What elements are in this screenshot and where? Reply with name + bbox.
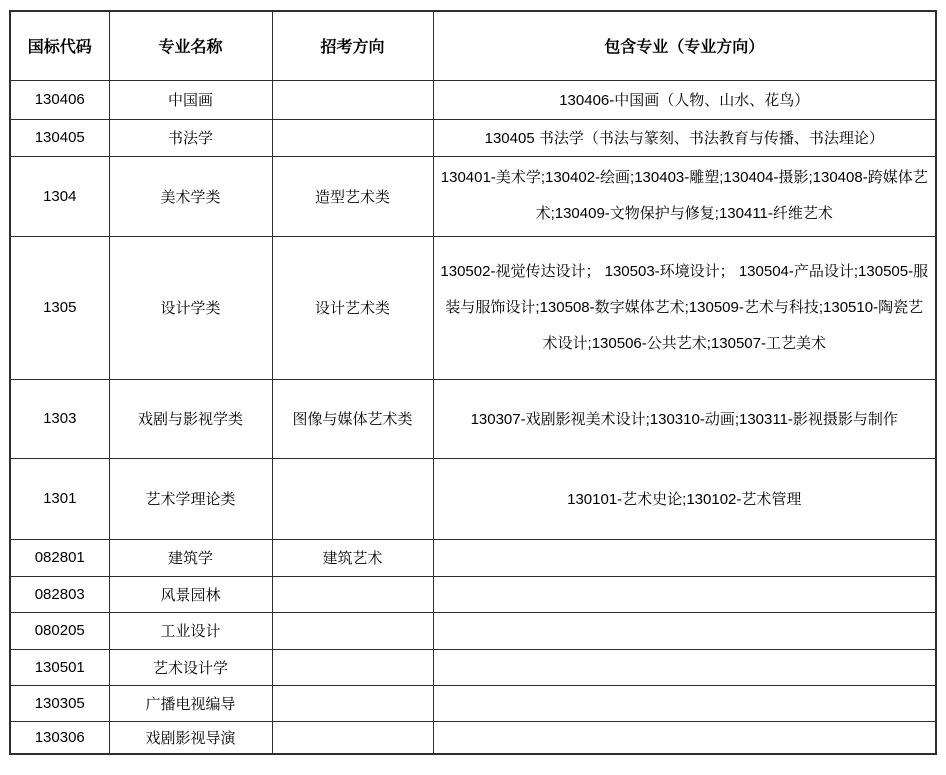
document-page: 国标代码 专业名称 招考方向 包含专业（专业方向） 130406 中国画 130… xyxy=(0,0,946,775)
cell-name: 工业设计 xyxy=(109,612,272,649)
cell-code: 082803 xyxy=(10,576,109,612)
majors-table: 国标代码 专业名称 招考方向 包含专业（专业方向） 130406 中国画 130… xyxy=(9,10,937,755)
header-cell-majors: 包含专业（专业方向） xyxy=(433,11,936,80)
cell-code: 130406 xyxy=(10,80,109,119)
cell-majors: 130502-视觉传达设计； 130503-环境设计； 130504-产品设计;… xyxy=(433,236,936,379)
cell-majors xyxy=(433,612,936,649)
cell-name: 广播电视编导 xyxy=(109,685,272,721)
cell-code: 080205 xyxy=(10,612,109,649)
cell-majors xyxy=(433,539,936,576)
cell-direction xyxy=(272,458,433,539)
cell-direction xyxy=(272,119,433,156)
table-row: 080205 工业设计 xyxy=(10,612,936,649)
cell-direction xyxy=(272,612,433,649)
cell-majors: 130101-艺术史论;130102-艺术管理 xyxy=(433,458,936,539)
cell-code: 130501 xyxy=(10,649,109,685)
cell-majors xyxy=(433,685,936,721)
table-row: 082803 风景园林 xyxy=(10,576,936,612)
table-row: 1305 设计学类 设计艺术类 130502-视觉传达设计； 130503-环境… xyxy=(10,236,936,379)
cell-direction xyxy=(272,721,433,754)
cell-code: 130405 xyxy=(10,119,109,156)
cell-name: 中国画 xyxy=(109,80,272,119)
cell-name: 美术学类 xyxy=(109,156,272,236)
cell-name: 戏剧影视导演 xyxy=(109,721,272,754)
table-row: 130306 戏剧影视导演 xyxy=(10,721,936,754)
cell-majors xyxy=(433,576,936,612)
cell-code: 130305 xyxy=(10,685,109,721)
cell-majors: 130405 书法学（书法与篆刻、书法教育与传播、书法理论） xyxy=(433,119,936,156)
cell-name: 艺术学理论类 xyxy=(109,458,272,539)
table-row: 1303 戏剧与影视学类 图像与媒体艺术类 130307-戏剧影视美术设计;13… xyxy=(10,379,936,458)
cell-direction: 造型艺术类 xyxy=(272,156,433,236)
table-row: 130406 中国画 130406-中国画（人物、山水、花鸟） xyxy=(10,80,936,119)
header-cell-direction: 招考方向 xyxy=(272,11,433,80)
cell-name: 书法学 xyxy=(109,119,272,156)
cell-direction xyxy=(272,649,433,685)
cell-code: 082801 xyxy=(10,539,109,576)
header-cell-code: 国标代码 xyxy=(10,11,109,80)
table-row: 082801 建筑学 建筑艺术 xyxy=(10,539,936,576)
header-row: 国标代码 专业名称 招考方向 包含专业（专业方向） xyxy=(10,11,936,80)
header-cell-name: 专业名称 xyxy=(109,11,272,80)
cell-code: 1301 xyxy=(10,458,109,539)
cell-name: 建筑学 xyxy=(109,539,272,576)
cell-majors: 130401-美术学;130402-绘画;130403-雕塑;130404-摄影… xyxy=(433,156,936,236)
table-row: 130501 艺术设计学 xyxy=(10,649,936,685)
cell-code: 1305 xyxy=(10,236,109,379)
cell-name: 戏剧与影视学类 xyxy=(109,379,272,458)
table-row: 130405 书法学 130405 书法学（书法与篆刻、书法教育与传播、书法理论… xyxy=(10,119,936,156)
cell-direction: 设计艺术类 xyxy=(272,236,433,379)
cell-direction: 图像与媒体艺术类 xyxy=(272,379,433,458)
cell-majors xyxy=(433,721,936,754)
cell-code: 130306 xyxy=(10,721,109,754)
cell-majors: 130307-戏剧影视美术设计;130310-动画;130311-影视摄影与制作 xyxy=(433,379,936,458)
cell-direction xyxy=(272,685,433,721)
cell-code: 1304 xyxy=(10,156,109,236)
cell-name: 风景园林 xyxy=(109,576,272,612)
cell-majors xyxy=(433,649,936,685)
cell-name: 艺术设计学 xyxy=(109,649,272,685)
cell-name: 设计学类 xyxy=(109,236,272,379)
table-row: 130305 广播电视编导 xyxy=(10,685,936,721)
cell-code: 1303 xyxy=(10,379,109,458)
table-row: 1301 艺术学理论类 130101-艺术史论;130102-艺术管理 xyxy=(10,458,936,539)
cell-majors: 130406-中国画（人物、山水、花鸟） xyxy=(433,80,936,119)
cell-direction xyxy=(272,576,433,612)
cell-direction xyxy=(272,80,433,119)
cell-direction: 建筑艺术 xyxy=(272,539,433,576)
table-row: 1304 美术学类 造型艺术类 130401-美术学;130402-绘画;130… xyxy=(10,156,936,236)
